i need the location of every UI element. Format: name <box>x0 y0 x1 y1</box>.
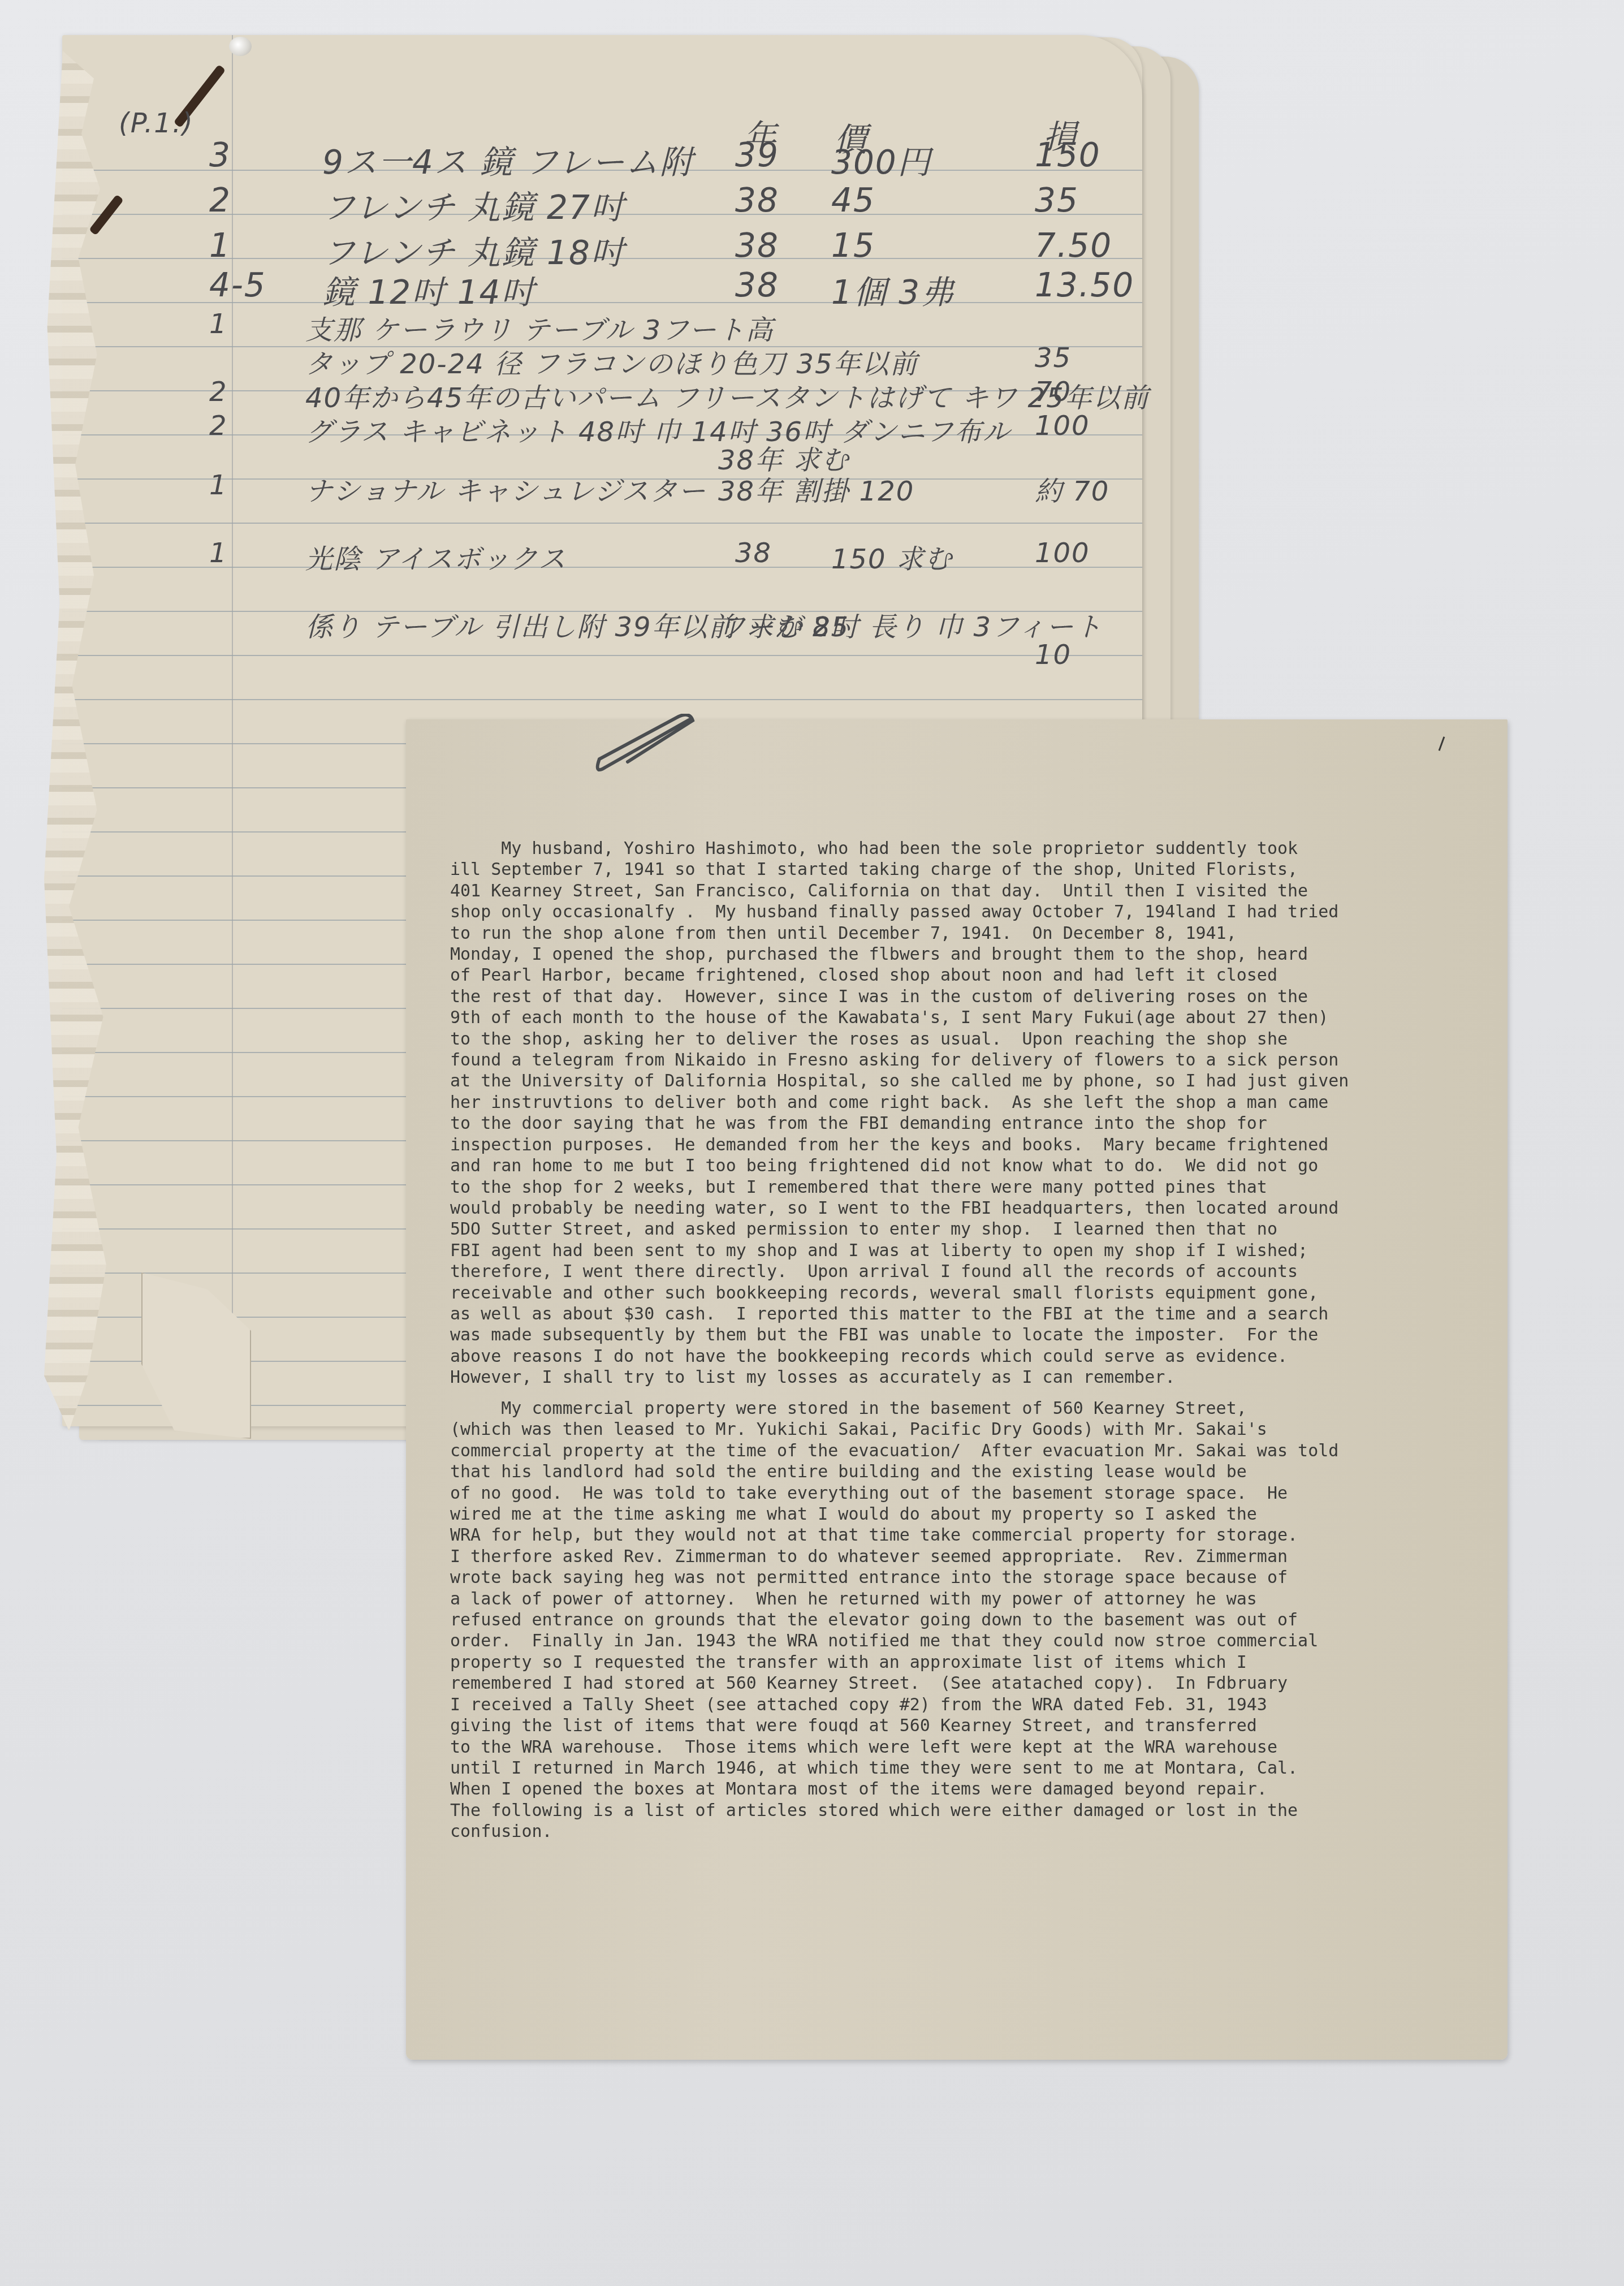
ledger-loss: 約 70 <box>1035 469 1109 508</box>
ledger-qty: 2 <box>209 376 228 408</box>
ruled-line <box>62 655 1142 656</box>
ledger-qty: 1 <box>209 469 228 501</box>
ink-mark <box>1439 736 1445 751</box>
ledger-item: ナショナル キャシュレジスター <box>305 469 706 508</box>
ledger-loss: 10 <box>1035 639 1072 671</box>
ledger-loss: 100 <box>1035 410 1090 442</box>
paperclip-icon <box>582 714 707 782</box>
ledger-qty: 2 <box>209 410 228 442</box>
ledger-loss: 70 <box>1035 376 1072 408</box>
ledger-year: 38 <box>735 266 779 304</box>
typed-letter-page: My husband, Yoshiro Hashimoto, who had b… <box>406 719 1508 2060</box>
ledger-item: 支那 ケーラウリ テーブル 3フート高 <box>305 308 774 347</box>
ledger-year: 39 <box>735 136 779 174</box>
ledger-loss: 35 <box>1035 181 1079 219</box>
ledger-price: 300円 <box>831 136 931 183</box>
ledger-item: 光陰 アイスボックス <box>305 537 567 576</box>
ledger-qty: 2 <box>209 181 231 219</box>
ledger-qty: 1 <box>209 308 228 340</box>
ledger-loss: 7.50 <box>1035 226 1112 265</box>
ledger-price: 15 <box>831 226 875 265</box>
ledger-item: 鏡 12吋 14吋 <box>322 266 535 313</box>
ruled-line <box>62 523 1142 524</box>
ledger-item: グラス キャビネット 48吋 巾 14吋 36吋 ダンニフ布ル <box>305 410 1011 449</box>
ledger-price: ワーが 8吋 長り 巾 3フィート <box>718 605 1103 644</box>
ledger-year: 38 <box>735 537 772 569</box>
ruled-line <box>62 699 1142 700</box>
ledger-margin-line <box>232 35 233 1426</box>
ledger-price: 38年 割掛 120 <box>718 469 914 508</box>
ledger-item: 9ス一4ス 鏡 フレーム附 <box>322 136 693 183</box>
ledger-price: 45 <box>831 181 875 219</box>
ledger-loss: 35 <box>1035 342 1072 374</box>
pin-icon <box>229 37 252 56</box>
ledger-year: 38 <box>735 226 779 265</box>
ledger-year: 38 <box>735 181 779 219</box>
ledger-loss: 13.50 <box>1035 266 1134 304</box>
page-label: (P.1.) <box>119 107 194 139</box>
ledger-qty: 1 <box>209 226 231 265</box>
ledger-item: フレンチ 丸鏡 27吋 <box>322 181 625 228</box>
ledger-item: タップ 20-24 径 フラコンのほり色刀 35年以前 <box>305 342 918 381</box>
letter-paragraph-2: My commercial property were stored in th… <box>450 1398 1338 1843</box>
ledger-loss: 100 <box>1035 537 1090 569</box>
ledger-price: 150 求む <box>831 537 953 576</box>
ledger-qty: 1 <box>209 537 228 569</box>
ledger-item: 40年から45年の古いパーム フリースタントはげて キワ 25年以前 <box>305 376 1150 415</box>
letter-paragraph-1: My husband, Yoshiro Hashimoto, who had b… <box>450 838 1349 1388</box>
ledger-price: 1個 3弗 <box>831 266 954 313</box>
ledger-loss: 150 <box>1035 136 1101 174</box>
ledger-qty: 4-5 <box>209 266 266 304</box>
ledger-qty: 3 <box>209 136 231 174</box>
